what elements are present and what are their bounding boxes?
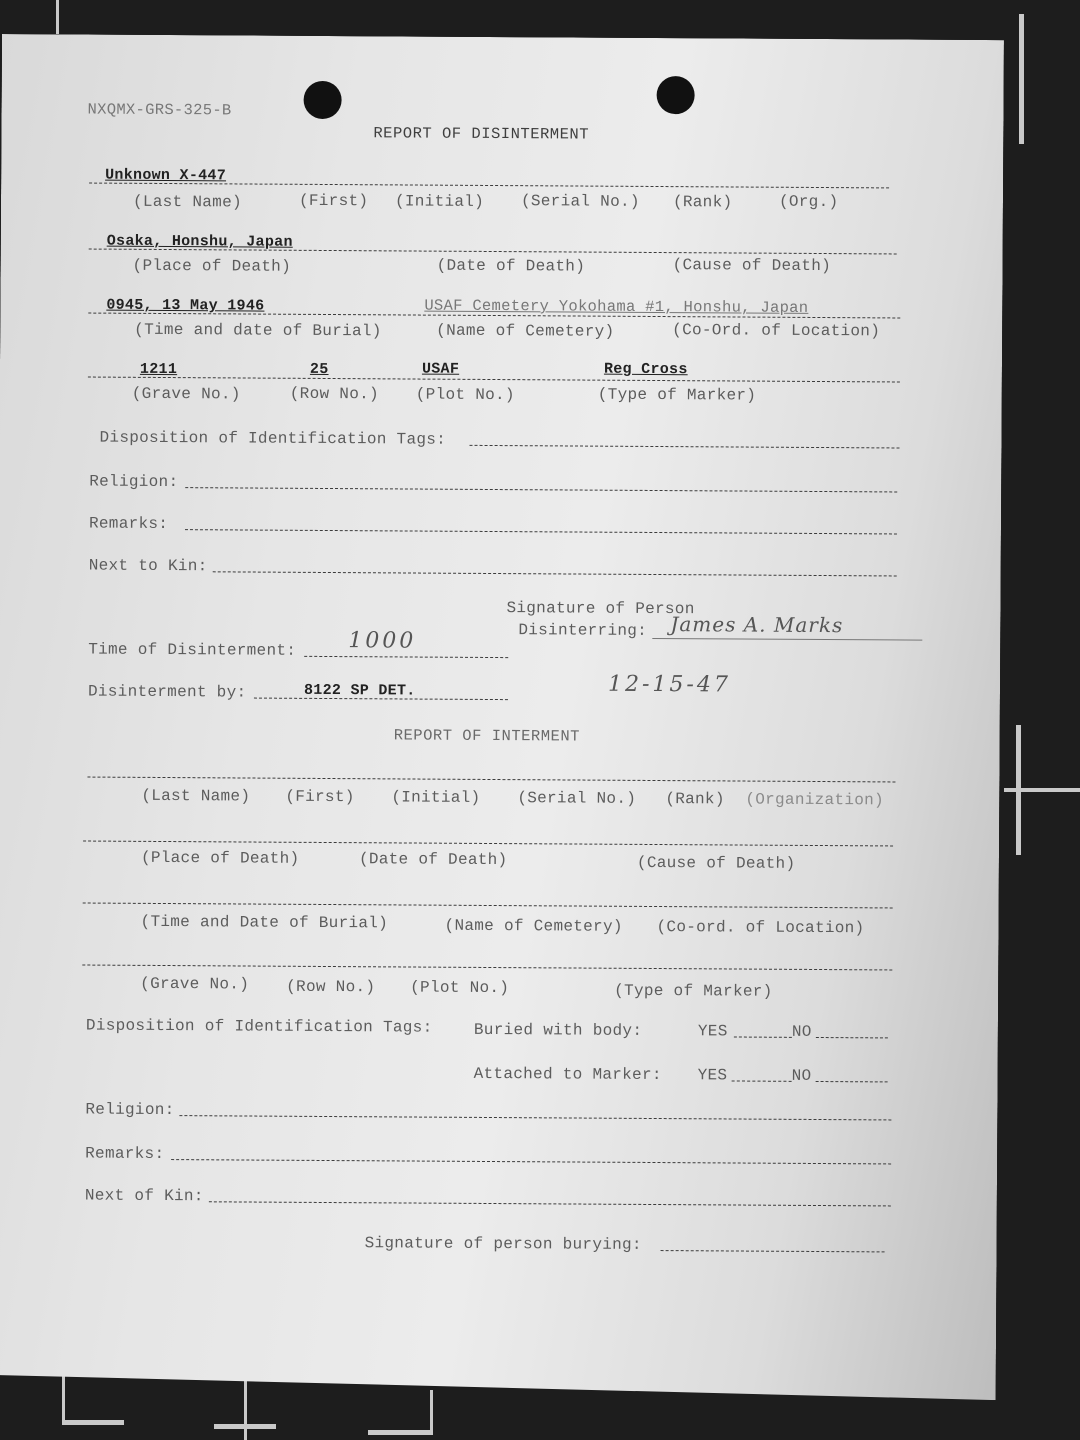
name-value: Unknown X-447: [105, 167, 226, 185]
buried-no-line: [816, 1037, 888, 1038]
i-label-buried-with-body: Buried with body:: [474, 1021, 642, 1040]
form-id: NXQMX-GRS-325-B: [87, 101, 231, 120]
label-cause-of-death: (Cause of Death): [673, 256, 832, 275]
i-label-cause-of-death: (Cause of Death): [637, 854, 796, 873]
registration-mark: [62, 1420, 124, 1425]
label-next-of-kin: Next to Kin:: [89, 557, 208, 576]
i-label-serial: (Serial No.): [517, 789, 636, 808]
i-label-row-no: (Row No.): [286, 978, 375, 997]
interment-place-line: [83, 841, 893, 847]
signature-value: James A. Marks: [670, 612, 843, 637]
label-time-of-disinterment: Time of Disinterment:: [88, 641, 296, 660]
i-remarks-line: [171, 1159, 891, 1164]
attached-yes-line: [732, 1080, 792, 1081]
label-name-of-cemetery: (Name of Cemetery): [436, 322, 614, 341]
attached-no-line: [816, 1081, 888, 1082]
i-religion-line: [179, 1115, 891, 1120]
disinterment-title: REPORT OF DISINTERMENT: [373, 124, 589, 143]
label-time-date-burial: (Time and date of Burial): [134, 321, 382, 341]
label-signature-line2: Disinterring:: [518, 621, 647, 640]
i-label-plot-no: (Plot No.): [410, 979, 509, 998]
next-of-kin-line: [213, 571, 897, 576]
i-signature-line: [661, 1250, 885, 1252]
i-attached-yes: YES: [698, 1066, 728, 1084]
i-label-first: (First): [285, 788, 354, 806]
registration-mark: [368, 1430, 432, 1435]
i-label-name-of-cemetery: (Name of Cemetery): [445, 917, 623, 936]
punch-hole: [657, 76, 695, 114]
label-disinterment-by: Disinterment by:: [88, 683, 247, 702]
signature-line: [652, 638, 922, 641]
i-buried-no: NO: [792, 1023, 812, 1041]
registration-mark: [56, 0, 59, 34]
place-line: [89, 249, 897, 255]
row-no-value: 25: [310, 361, 329, 378]
i-label-date-of-death: (Date of Death): [359, 850, 508, 869]
religion-line: [185, 487, 897, 492]
interment-burial-line: [83, 903, 893, 909]
i-label-place-of-death: (Place of Death): [141, 849, 300, 868]
label-rank: (Rank): [673, 193, 733, 211]
i-label-next-of-kin: Next of Kin:: [85, 1187, 204, 1206]
grave-line: [88, 377, 900, 383]
time-line: [304, 656, 508, 658]
grave-no-value: 1211: [140, 361, 177, 378]
label-row-no: (Row No.): [290, 385, 379, 404]
i-next-of-kin-line: [209, 1201, 891, 1206]
label-place-of-death: (Place of Death): [133, 257, 292, 276]
by-line: [254, 698, 508, 701]
i-label-coord-location: (Co-ord. of Location): [657, 918, 865, 937]
registration-mark: [62, 1374, 65, 1424]
label-remarks: Remarks:: [89, 515, 168, 533]
i-label-grave-no: (Grave No.): [140, 975, 249, 994]
label-religion: Religion:: [89, 473, 178, 492]
label-last-name: (Last Name): [133, 193, 242, 212]
registration-mark: [1019, 14, 1024, 144]
buried-yes-line: [734, 1036, 792, 1037]
i-buried-yes: YES: [698, 1022, 728, 1040]
label-initial: (Initial): [395, 192, 484, 211]
label-org: (Org.): [779, 193, 839, 211]
i-label-attached-to-marker: Attached to Marker:: [474, 1065, 662, 1084]
disinterment-by-value: 8122 SP DET.: [304, 682, 416, 700]
i-label-religion: Religion:: [85, 1101, 174, 1120]
label-signature-line1: Signature of Person: [506, 599, 694, 618]
label-grave-no: (Grave No.): [132, 385, 241, 404]
i-label-disposition: Disposition of Identification Tags:: [86, 1017, 433, 1037]
i-label-type-of-marker: (Type of Marker): [614, 982, 773, 1001]
i-label-rank: (Rank): [665, 790, 725, 808]
registration-mark: [430, 1390, 433, 1435]
i-attached-no: NO: [792, 1067, 812, 1085]
interment-name-line: [87, 777, 895, 783]
document-page: NXQMX-GRS-325-B REPORT OF DISINTERMENT U…: [0, 34, 1004, 1400]
cemetery-value: USAF Cemetery Yokohama #1, Honshu, Japan: [424, 297, 808, 317]
label-plot-no: (Plot No.): [416, 386, 515, 405]
label-disposition: Disposition of Identification Tags:: [99, 429, 446, 449]
registration-mark: [1004, 788, 1080, 792]
time-of-disinterment-value: 1000: [348, 628, 416, 653]
remarks-line: [185, 529, 897, 534]
label-coord-location: (Co-Ord. of Location): [672, 321, 880, 340]
i-label-remarks: Remarks:: [85, 1145, 164, 1163]
i-label-last-name: (Last Name): [141, 787, 250, 806]
label-first: (First): [299, 192, 368, 210]
label-date-of-death: (Date of Death): [437, 257, 586, 276]
i-label-signature: Signature of person burying:: [365, 1234, 642, 1254]
name-line: [89, 183, 889, 189]
signature-date: 12-15-47: [608, 672, 731, 698]
label-type-of-marker: (Type of Marker): [598, 386, 757, 405]
i-label-organization: (Organization): [745, 791, 884, 810]
i-label-time-date-burial: (Time and Date of Burial): [141, 913, 389, 933]
plot-no-value: USAF: [422, 361, 459, 378]
marker-value: Reg Cross: [604, 361, 688, 379]
registration-mark: [244, 1380, 247, 1440]
label-serial: (Serial No.): [521, 192, 640, 211]
disposition-line: [469, 445, 899, 449]
i-label-initial: (Initial): [391, 788, 480, 807]
interment-grave-line: [82, 965, 892, 971]
punch-hole: [303, 81, 341, 119]
interment-title: REPORT OF INTERMENT: [394, 726, 580, 745]
